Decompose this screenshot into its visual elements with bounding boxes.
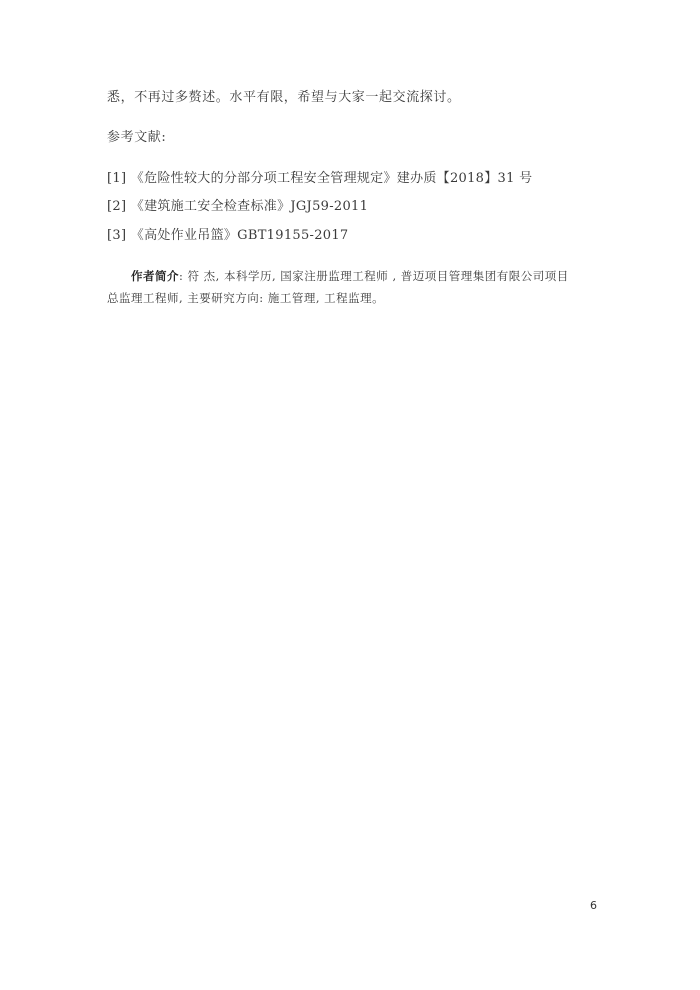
reference-index: [3]: [107, 228, 126, 243]
reference-index: [1]: [107, 171, 126, 186]
author-bio-label: 作者简介: [131, 269, 179, 283]
page-number: 6: [590, 899, 597, 912]
author-bio-text-1: : 符 杰, 本科学历, 国家注册监理工程师 , 普迈项目管理集团有限公司项目: [179, 269, 569, 283]
author-bio-line-2: 总监理工程师, 主要研究方向: 施工管理, 工程监理。: [107, 290, 384, 306]
body-text-continuation: 悉，不再过多赘述。水平有限，希望与大家一起交流探讨。: [107, 90, 461, 106]
references-heading: 参考文献:: [107, 130, 166, 146]
reference-text: 《建筑施工安全检查标准》JGJ59-2011: [131, 199, 368, 214]
reference-item: [1] 《危险性较大的分部分项工程安全管理规定》建办质【2018】31 号: [107, 171, 532, 187]
reference-item: [3] 《高处作业吊篮》GBT19155-2017: [107, 228, 349, 244]
reference-item: [2] 《建筑施工安全检查标准》JGJ59-2011: [107, 199, 368, 215]
reference-text: 《高处作业吊篮》GBT19155-2017: [131, 228, 349, 243]
reference-index: [2]: [107, 199, 126, 214]
reference-text: 《危险性较大的分部分项工程安全管理规定》建办质【2018】31 号: [131, 171, 533, 186]
author-bio-line-1: 作者简介: 符 杰, 本科学历, 国家注册监理工程师 , 普迈项目管理集团有限公…: [131, 268, 569, 284]
